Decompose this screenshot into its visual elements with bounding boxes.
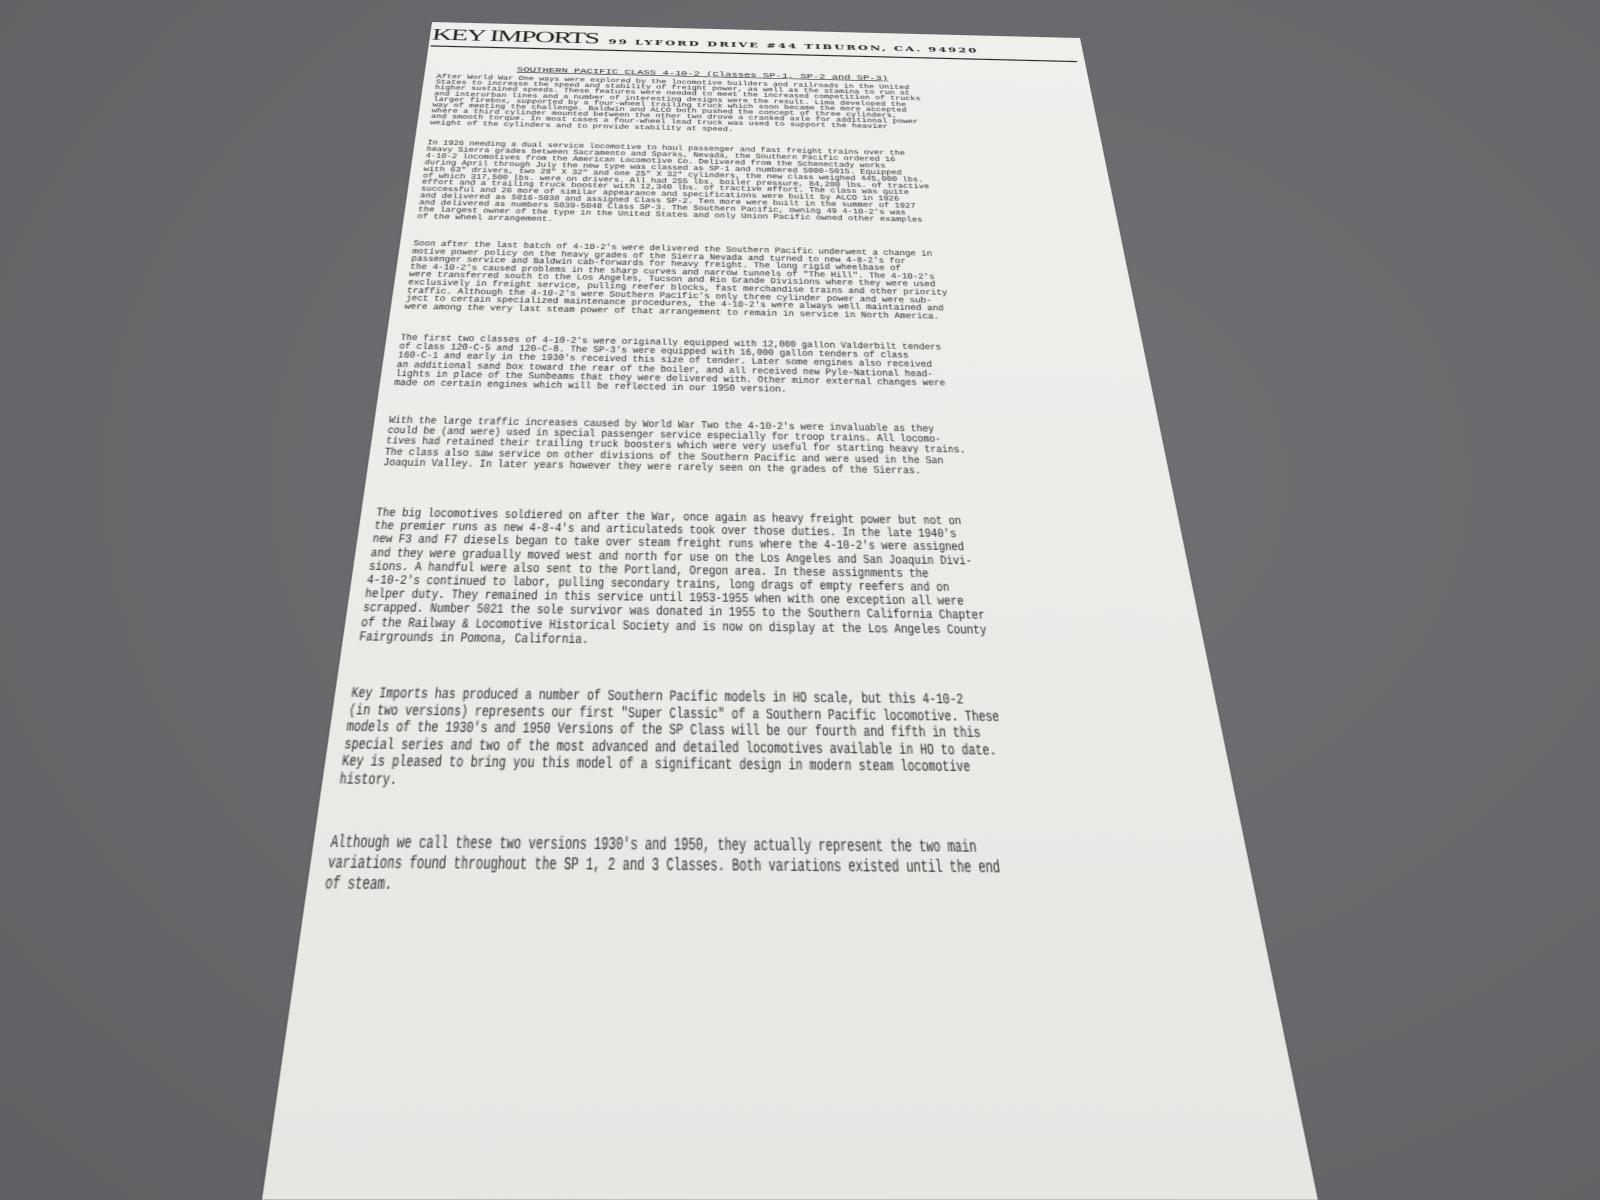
paragraph: The big locomotives soldiered on after t… xyxy=(358,507,902,651)
paragraph: With the large traffic increases caused … xyxy=(383,415,915,476)
paragraph: After World War One ways were explored b… xyxy=(430,74,975,138)
paragraph: Although we call these two versions 1930… xyxy=(323,834,858,900)
paragraph: In 1926 needing a dual service locomotiv… xyxy=(417,140,965,232)
table-surface: KEY IMPORTS 99 LYFORD DRIVE #44 TIBURON,… xyxy=(0,0,1600,1200)
paragraph: Soon after the last batch of 4-10-2's we… xyxy=(404,240,950,321)
paragraph: The first two classes of 4-10-2's were o… xyxy=(393,334,933,397)
document-sheet: KEY IMPORTS 99 LYFORD DRIVE #44 TIBURON,… xyxy=(262,22,1318,1200)
paragraph: Key Imports has produced a number of Sou… xyxy=(338,686,883,794)
company-address: 99 LYFORD DRIVE #44 TIBURON, CA. 94920 xyxy=(608,37,979,54)
letterhead: KEY IMPORTS 99 LYFORD DRIVE #44 TIBURON,… xyxy=(430,26,1077,63)
company-logo: KEY IMPORTS xyxy=(431,26,599,48)
text-line: variations found throughout the SP 1, 2 … xyxy=(326,854,856,878)
text-line: of steam. xyxy=(323,875,858,899)
